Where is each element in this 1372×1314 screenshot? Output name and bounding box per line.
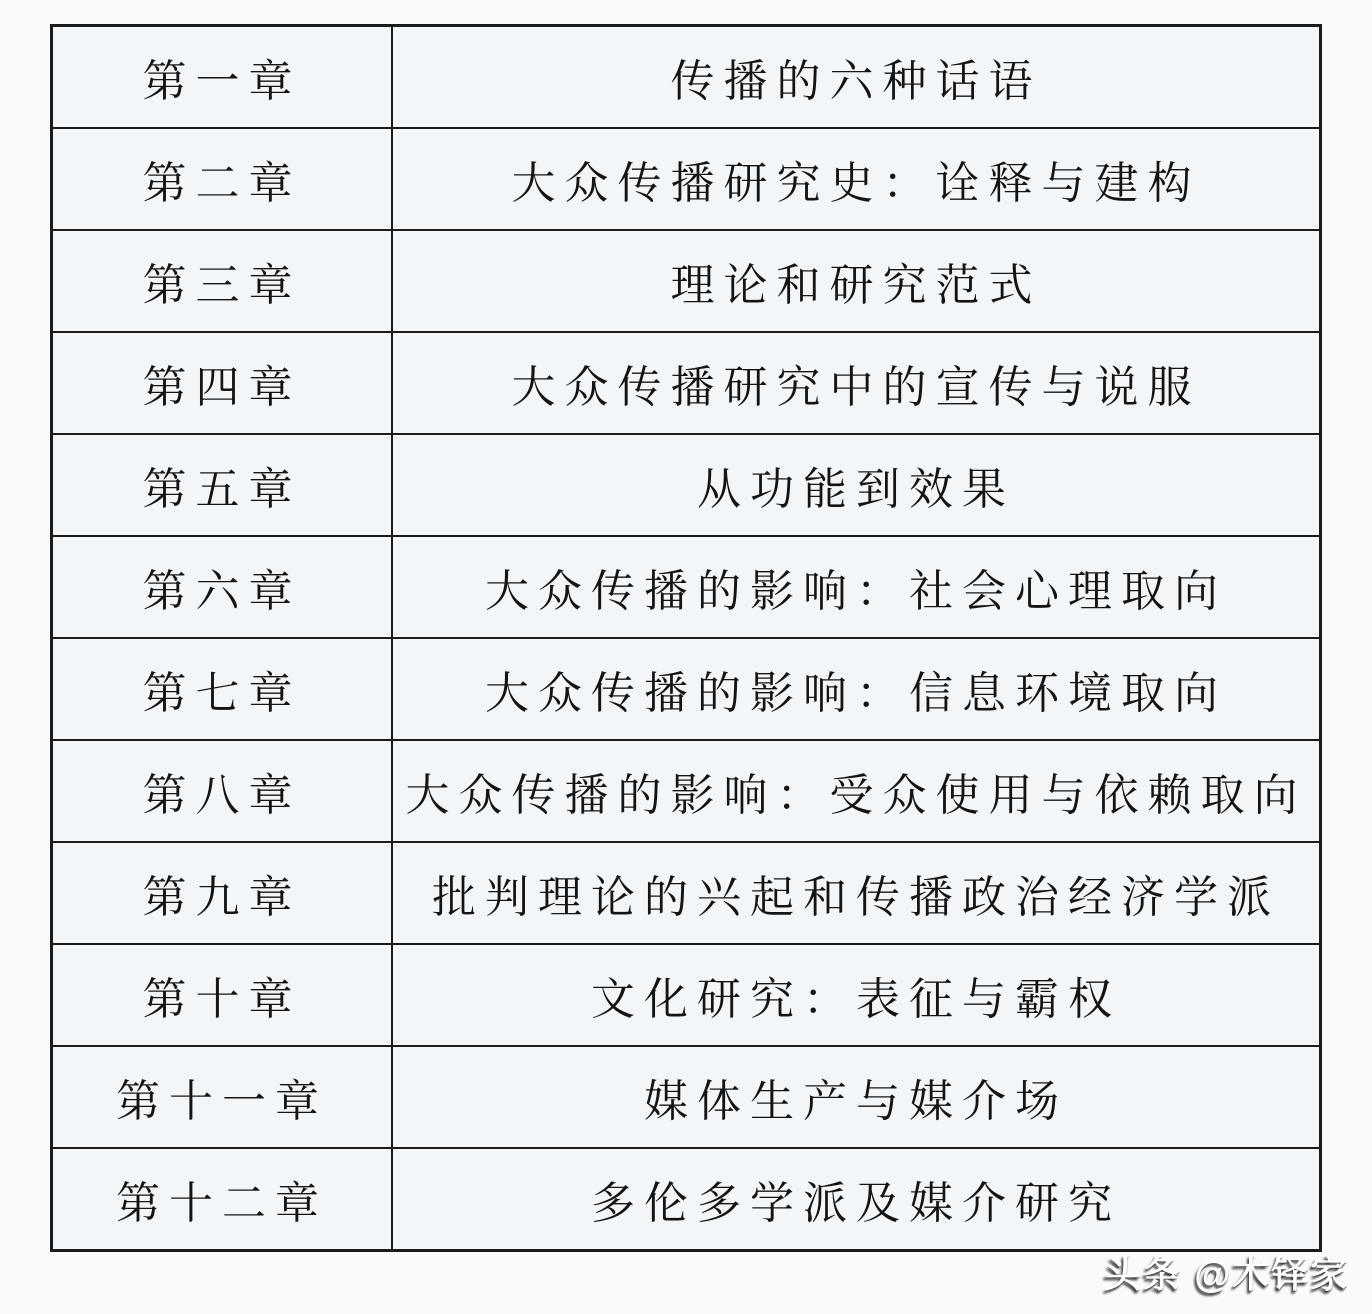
table-row: 第三章 理论和研究范式 [52,230,1321,332]
table-row: 第五章 从功能到效果 [52,434,1321,536]
toutiao-watermark: 头条 @木铎家 [1104,1244,1349,1298]
table-row: 第六章 大众传播的影响：社会心理取向 [52,536,1321,638]
table-row: 第九章 批判理论的兴起和传播政治经济学派 [52,842,1321,944]
chapter-title-cell: 大众传播的影响：社会心理取向 [392,536,1321,638]
chapter-number-cell: 第十二章 [52,1148,393,1251]
chapter-number-cell: 第一章 [52,26,393,129]
chapter-title-cell: 理论和研究范式 [392,230,1321,332]
table-row: 第四章 大众传播研究中的宣传与说服 [52,332,1321,434]
chapter-number-cell: 第六章 [52,536,393,638]
chapter-number-cell: 第十一章 [52,1046,393,1148]
chapter-title-cell: 大众传播研究史：诠释与建构 [392,128,1321,230]
table-row: 第十章 文化研究：表征与霸权 [52,944,1321,1046]
table-row: 第一章 传播的六种话语 [52,26,1321,129]
chapter-table-body: 第一章 传播的六种话语 第二章 大众传播研究史：诠释与建构 第三章 理论和研究范… [52,26,1321,1251]
table-row: 第七章 大众传播的影响：信息环境取向 [52,638,1321,740]
chapter-number-cell: 第十章 [52,944,393,1046]
chapter-title-cell: 多伦多学派及媒介研究 [392,1148,1321,1251]
chapter-title-cell: 大众传播研究中的宣传与说服 [392,332,1321,434]
table-row: 第十一章 媒体生产与媒介场 [52,1046,1321,1148]
chapter-title-cell: 大众传播的影响：信息环境取向 [392,638,1321,740]
chapter-title-cell: 大众传播的影响：受众使用与依赖取向 [392,740,1321,842]
chapter-number-cell: 第三章 [52,230,393,332]
chapter-number-cell: 第二章 [52,128,393,230]
chapter-number-cell: 第四章 [52,332,393,434]
table-row: 第二章 大众传播研究史：诠释与建构 [52,128,1321,230]
chapter-title-cell: 传播的六种话语 [392,26,1321,129]
chapter-title-cell: 从功能到效果 [392,434,1321,536]
table-row: 第十二章 多伦多学派及媒介研究 [52,1148,1321,1251]
chapter-number-cell: 第五章 [52,434,393,536]
chapter-title-cell: 批判理论的兴起和传播政治经济学派 [392,842,1321,944]
chapter-number-cell: 第七章 [52,638,393,740]
chapter-title-cell: 媒体生产与媒介场 [392,1046,1321,1148]
table-row: 第八章 大众传播的影响：受众使用与依赖取向 [52,740,1321,842]
chapter-number-cell: 第九章 [52,842,393,944]
chapter-title-cell: 文化研究：表征与霸权 [392,944,1321,1046]
chapter-table: 第一章 传播的六种话语 第二章 大众传播研究史：诠释与建构 第三章 理论和研究范… [50,24,1322,1252]
chapter-number-cell: 第八章 [52,740,393,842]
